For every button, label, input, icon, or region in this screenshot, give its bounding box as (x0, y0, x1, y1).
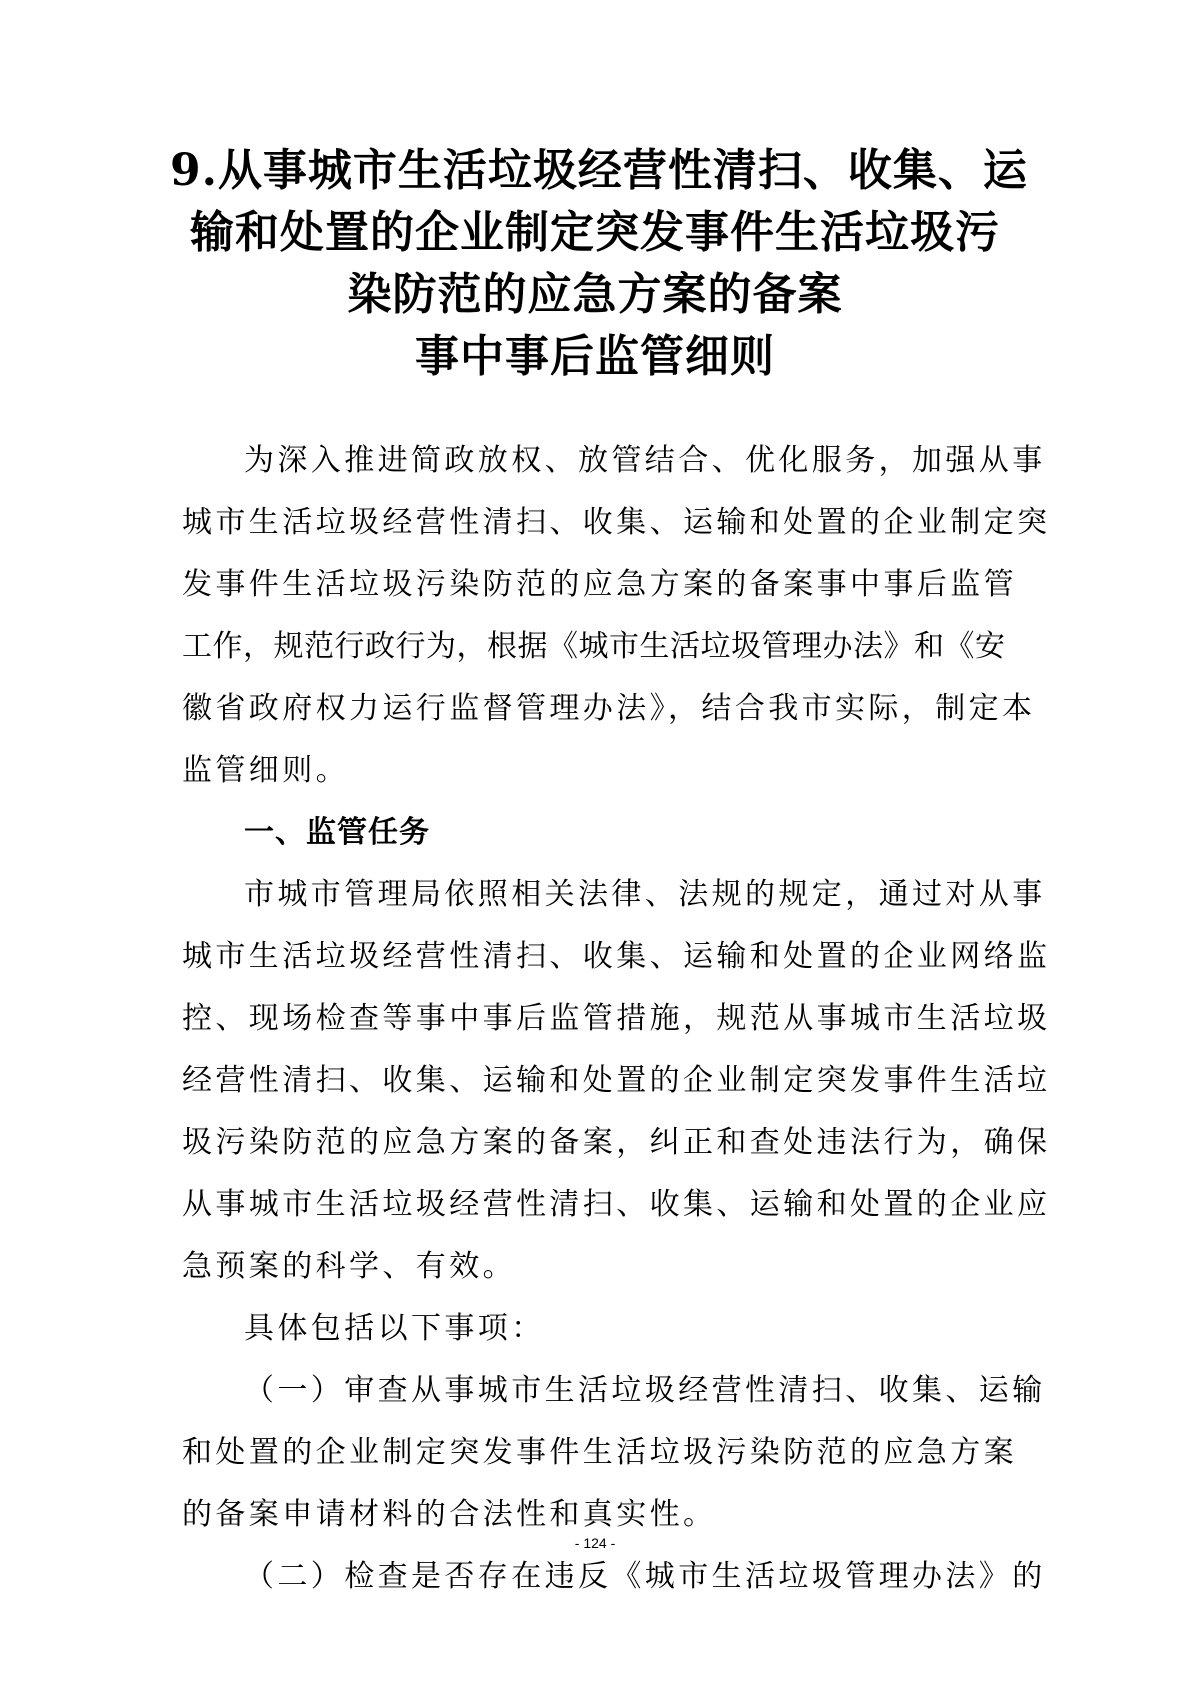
text-line: 从事城市生活垃圾经营性清扫、收集、运输和处置的企业应 (182, 1174, 1012, 1236)
text-line: （二）检查是否存在违反《城市生活垃圾管理办法》的 (182, 1546, 1012, 1608)
text-line: 控、现场检查等事中事后监管措施，规范从事城市生活垃圾 (182, 988, 1012, 1050)
text-line: 徽省政府权力运行监督管理办法》，结合我市实际，制定本 (182, 678, 1012, 740)
intro-paragraph: 为深入推进简政放权、放管结合、优化服务，加强从事 城市生活垃圾经营性清扫、收集、… (182, 430, 1012, 802)
text-line: （一）审查从事城市生活垃圾经营性清扫、收集、运输 (182, 1360, 1012, 1422)
title-line: 9.从事城市生活垃圾经营性清扫、收集、运 (170, 140, 1020, 202)
text-line: 城市生活垃圾经营性清扫、收集、运输和处置的企业网络监 (182, 926, 1012, 988)
title-line: 输和处置的企业制定突发事件生活垃圾污 (170, 202, 1020, 264)
text-line: 工作，规范行政行为，根据《城市生活垃圾管理办法》和《安 (182, 616, 1012, 678)
text-line: 发事件生活垃圾污染防范的应急方案的备案事中事后监管 (182, 554, 1012, 616)
text-line: 市城市管理局依照相关法律、法规的规定，通过对从事 (182, 864, 1012, 926)
text-line: 急预案的科学、有效。 (182, 1236, 1012, 1298)
text-line: 和处置的企业制定突发事件生活垃圾污染防范的应急方案 (182, 1422, 1012, 1484)
text-line: 城市生活垃圾经营性清扫、收集、运输和处置的企业制定突 (182, 492, 1012, 554)
title-line: 染防范的应急方案的备案 (170, 264, 1020, 326)
text-line: 经营性清扫、收集、运输和处置的企业制定突发事件生活垃 (182, 1050, 1012, 1112)
section-heading: 一、监管任务 (182, 802, 1012, 864)
title-line: 事中事后监管细则 (170, 326, 1020, 388)
list-item: （二）检查是否存在违反《城市生活垃圾管理办法》的 (182, 1546, 1012, 1608)
text-line: 监管细则。 (182, 740, 1012, 802)
text-line: 具体包括以下事项： (182, 1298, 1012, 1360)
document-body: 为深入推进简政放权、放管结合、优化服务，加强从事 城市生活垃圾经营性清扫、收集、… (182, 430, 1012, 1608)
section-paragraph: 具体包括以下事项： (182, 1298, 1012, 1360)
text-line: 圾污染防范的应急方案的备案，纠正和查处违法行为，确保 (182, 1112, 1012, 1174)
document-title: 9.从事城市生活垃圾经营性清扫、收集、运 输和处置的企业制定突发事件生活垃圾污 … (170, 140, 1020, 388)
page-number: - 124 - (0, 1535, 1190, 1551)
section-paragraph: 市城市管理局依照相关法律、法规的规定，通过对从事 城市生活垃圾经营性清扫、收集、… (182, 864, 1012, 1298)
text-line: 为深入推进简政放权、放管结合、优化服务，加强从事 (182, 430, 1012, 492)
list-item: （一）审查从事城市生活垃圾经营性清扫、收集、运输 和处置的企业制定突发事件生活垃… (182, 1360, 1012, 1546)
